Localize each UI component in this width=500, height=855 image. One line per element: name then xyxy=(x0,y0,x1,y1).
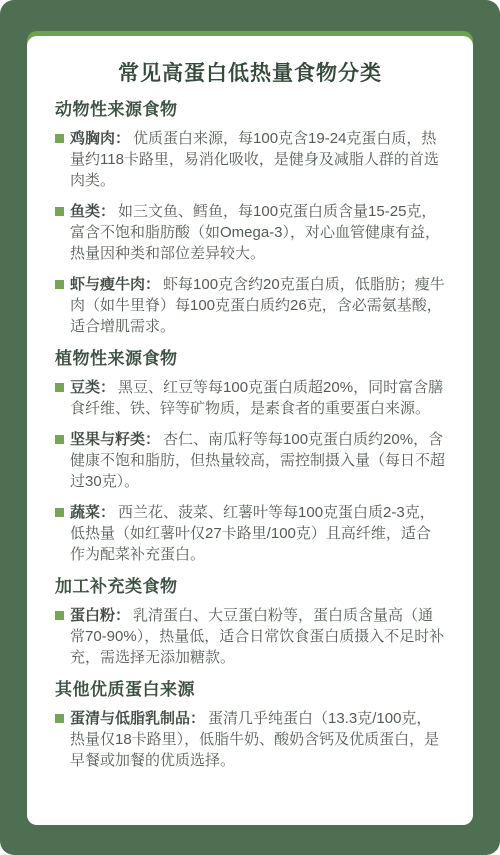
item-term: 豆类： xyxy=(70,379,115,396)
item-term: 蛋清与低脂乳制品： xyxy=(70,710,205,727)
item-term: 鸡胸肉： xyxy=(70,130,130,147)
section-animal-sources: 动物性来源食物 鸡胸肉：优质蛋白来源，每100克含19-24克蛋白质，热量约11… xyxy=(55,98,445,337)
list-item: 蛋白粉：乳清蛋白、大豆蛋白粉等，蛋白质含量高（通常70-90%），热量低，适合日… xyxy=(55,605,445,668)
section-processed-supplements: 加工补充类食物 蛋白粉：乳清蛋白、大豆蛋白粉等，蛋白质含量高（通常70-90%）… xyxy=(55,575,445,668)
list-item: 鸡胸肉：优质蛋白来源，每100克含19-24克蛋白质，热量约118卡路里，易消化… xyxy=(55,128,445,191)
page-title: 常见高蛋白低热量食物分类 xyxy=(55,60,445,88)
section-heading: 其他优质蛋白来源 xyxy=(55,678,445,702)
list-item: 蔬菜：西兰花、菠菜、红薯叶等每100克蛋白质2-3克，低热量（如红薯叶仅27卡路… xyxy=(55,502,445,565)
list-item: 虾与瘦牛肉：虾每100克含约20克蛋白质，低脂肪；瘦牛肉（如牛里脊）每100克蛋… xyxy=(55,274,445,337)
square-bullet-icon xyxy=(55,134,64,143)
item-term: 蛋白粉： xyxy=(70,607,130,624)
list-item: 鱼类：如三文鱼、鳕鱼，每100克蛋白质含量15-25克，富含不饱和脂肪酸（如Om… xyxy=(55,201,445,264)
item-term: 虾与瘦牛肉： xyxy=(70,276,160,293)
section-heading: 动物性来源食物 xyxy=(55,98,445,122)
content-card: 常见高蛋白低热量食物分类 动物性来源食物 鸡胸肉：优质蛋白来源，每100克含19… xyxy=(27,36,473,825)
list-item: 坚果与籽类：杏仁、南瓜籽等每100克蛋白质约20%，含健康不饱和脂肪，但热量较高… xyxy=(55,429,445,492)
list-item: 豆类：黑豆、红豆等每100克蛋白质超20%，同时富含膳食纤维、铁、锌等矿物质，是… xyxy=(55,377,445,419)
item-description: 黑豆、红豆等每100克蛋白质超20%，同时富含膳食纤维、铁、锌等矿物质，是素食者… xyxy=(70,379,443,417)
square-bullet-icon xyxy=(55,611,64,620)
square-bullet-icon xyxy=(55,508,64,517)
square-bullet-icon xyxy=(55,207,64,216)
section-plant-sources: 植物性来源食物 豆类：黑豆、红豆等每100克蛋白质超20%，同时富含膳食纤维、铁… xyxy=(55,347,445,565)
item-term: 坚果与籽类： xyxy=(70,431,160,448)
section-heading: 植物性来源食物 xyxy=(55,347,445,371)
item-description: 如三文鱼、鳕鱼，每100克蛋白质含量15-25克，富含不饱和脂肪酸（如Omega… xyxy=(70,203,440,262)
square-bullet-icon xyxy=(55,280,64,289)
section-other-protein-sources: 其他优质蛋白来源 蛋清与低脂乳制品：蛋清几乎纯蛋白（13.3克/100克，热量仅… xyxy=(55,678,445,771)
section-heading: 加工补充类食物 xyxy=(55,575,445,599)
list-item: 蛋清与低脂乳制品：蛋清几乎纯蛋白（13.3克/100克，热量仅18卡路里），低脂… xyxy=(55,708,445,771)
square-bullet-icon xyxy=(55,714,64,723)
item-description: 西兰花、菠菜、红薯叶等每100克蛋白质2-3克，低热量（如红薯叶仅27卡路里/1… xyxy=(70,504,435,563)
square-bullet-icon xyxy=(55,383,64,392)
item-term: 鱼类： xyxy=(70,203,115,220)
item-term: 蔬菜： xyxy=(70,504,115,521)
square-bullet-icon xyxy=(55,435,64,444)
